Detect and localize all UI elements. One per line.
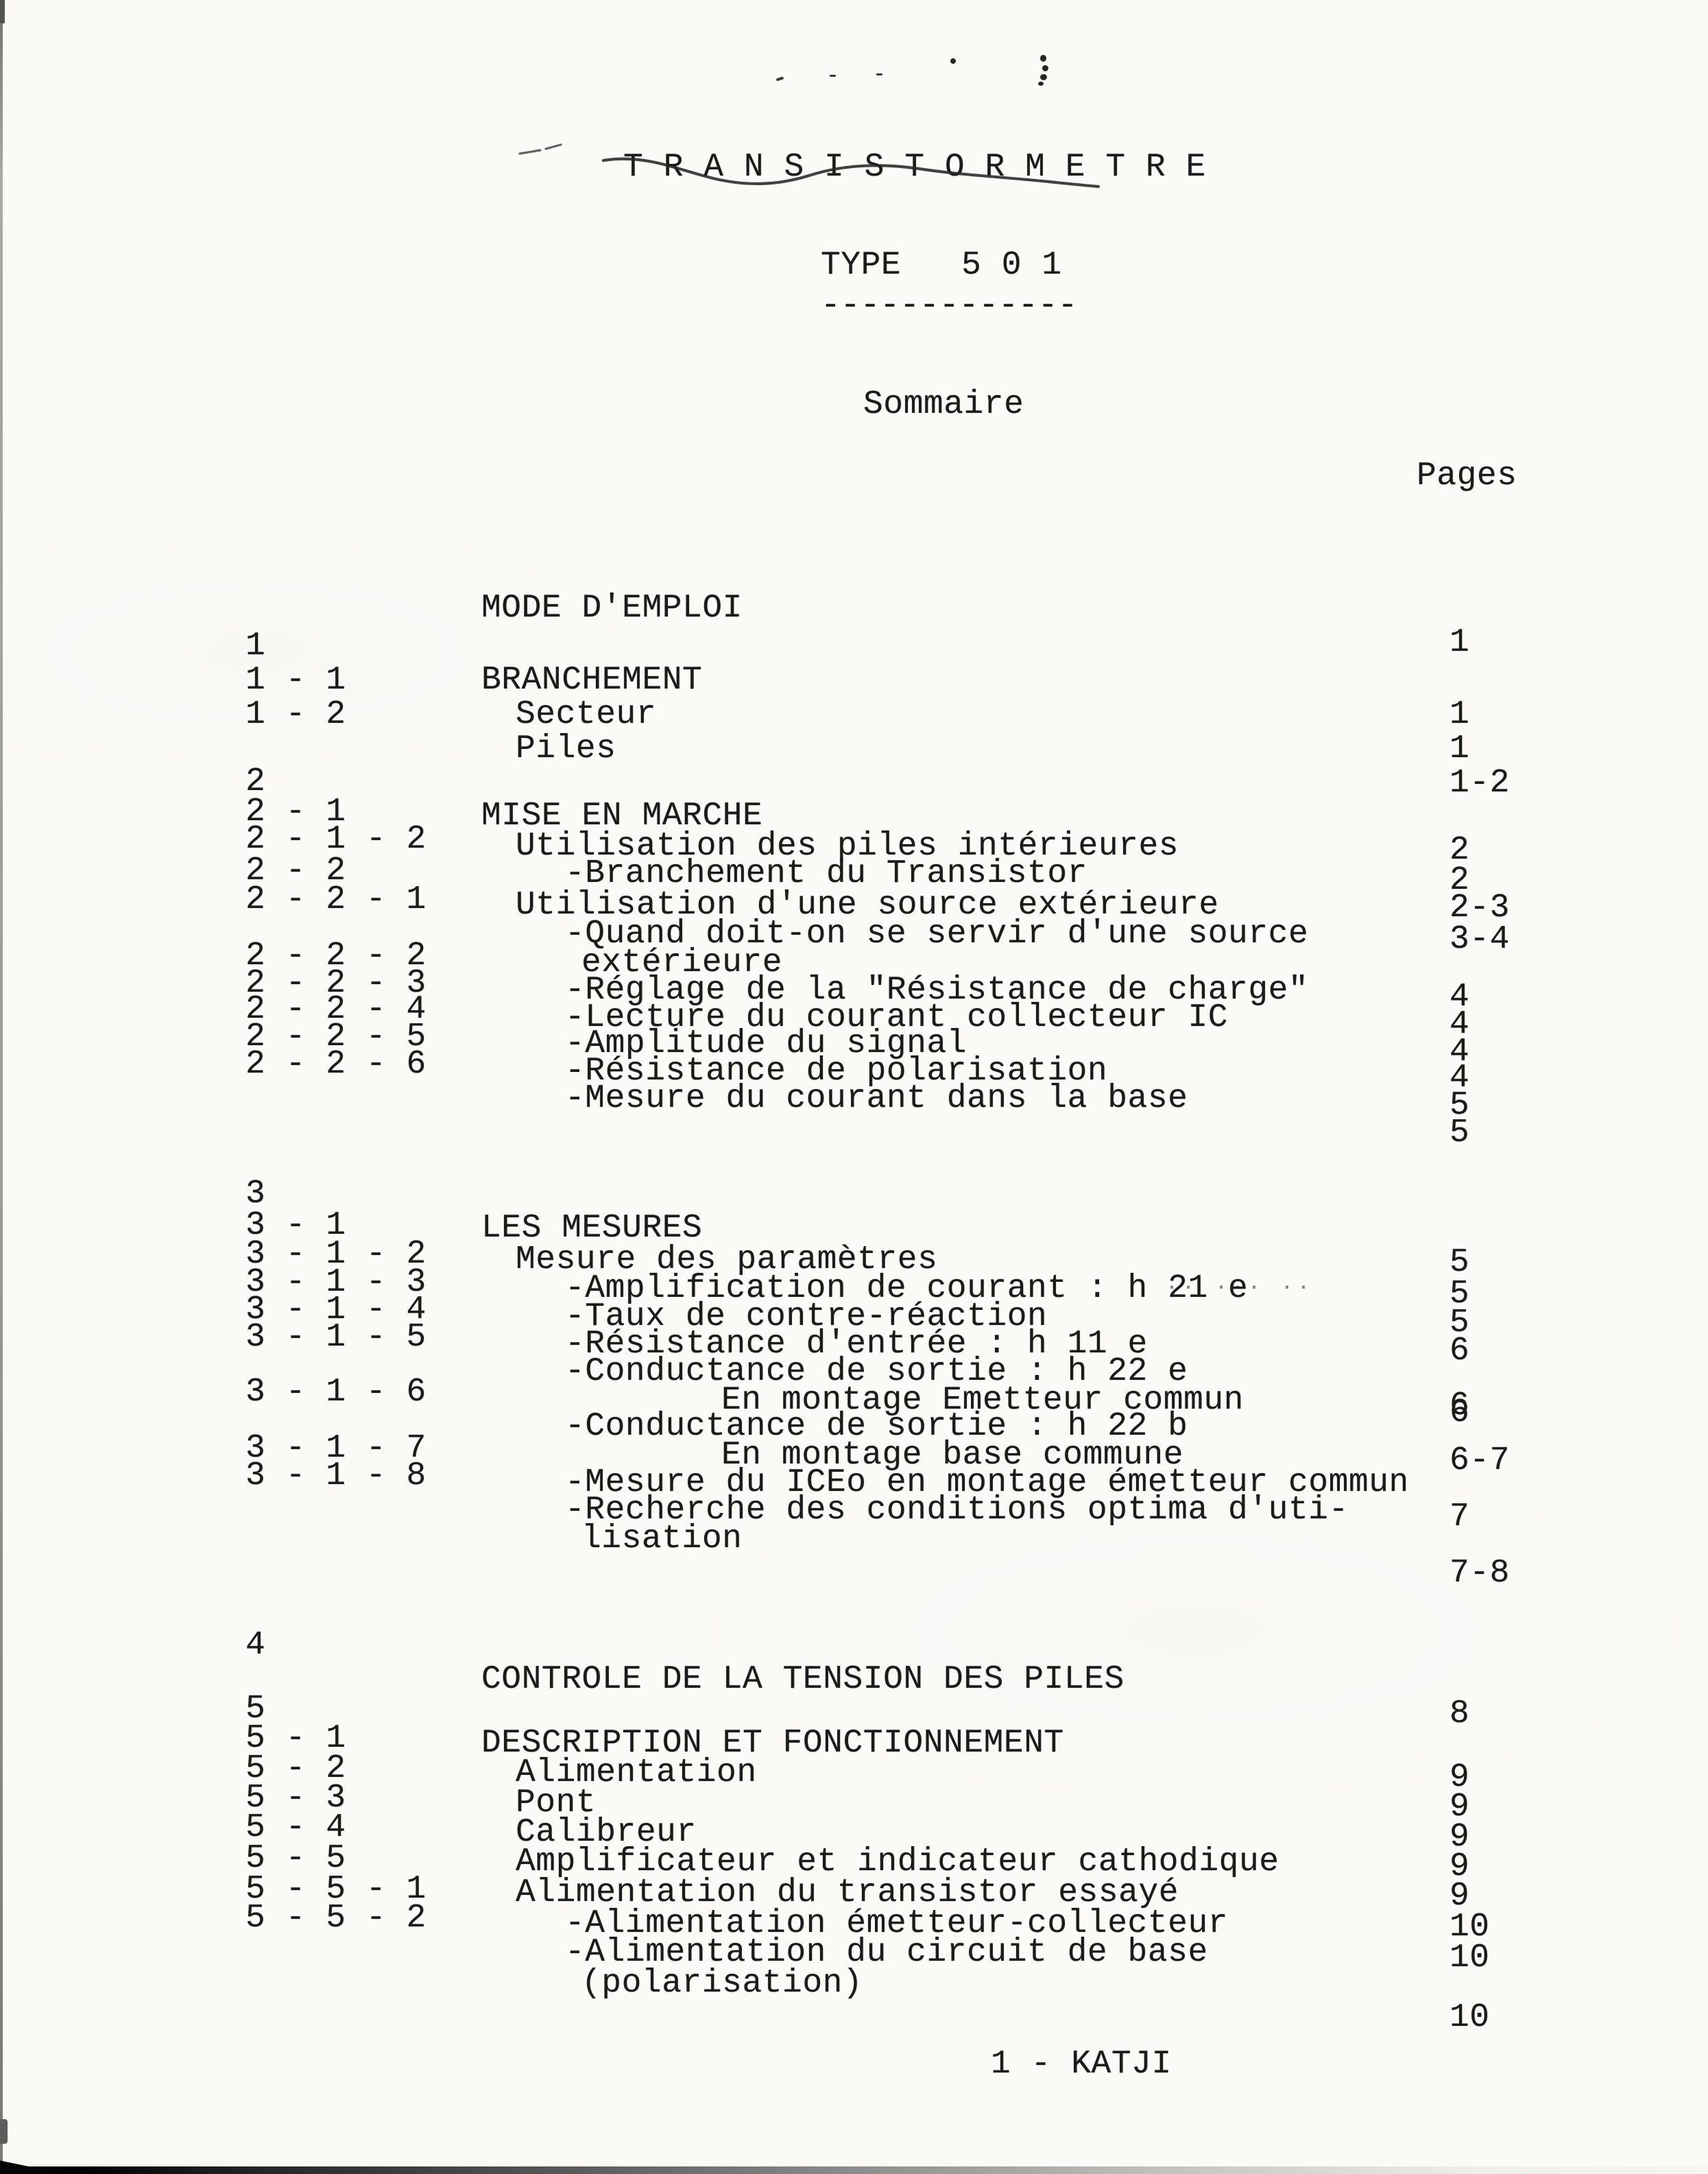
toc-row: 3 LES MESURES 5	[0, 1143, 1708, 1177]
toc-row: 5 - 1 Alimentation 9	[0, 1687, 1708, 1721]
toc-row: 1 - 1 Secteur 1	[0, 629, 1708, 663]
scan-edge-nub-artifact	[0, 2119, 8, 2144]
toc-row-title: Secteur	[516, 697, 656, 732]
toc-row: MODE D'EMPLOI 1	[0, 523, 1708, 557]
toc-row: 1 - 2 Piles 1-2	[0, 663, 1708, 697]
pen-strikethrough-mark	[507, 137, 1138, 213]
scan-corner-artifact	[0, 0, 5, 23]
toc-row-pages: 7-8	[1450, 1556, 1510, 1590]
toc-row: 5 - 5 Alimentation du transistor essayé …	[0, 1807, 1708, 1841]
ink-speck	[830, 75, 836, 77]
summary-heading: Sommaire	[863, 387, 1024, 422]
toc-row-number: 1 - 2	[245, 697, 346, 732]
toc-row-pages: 10	[1450, 1941, 1490, 1975]
ink-speck	[1040, 55, 1046, 62]
ink-speck	[1038, 82, 1044, 86]
toc-row: lisation 7-8	[0, 1453, 1708, 1488]
toc-row: 2 - 1 - 2 -Branchement du Transistor 2-3	[0, 788, 1708, 822]
toc-row: 5 - 4 Amplificateur et indicateur cathod…	[0, 1776, 1708, 1811]
toc-row-pages: 10	[1450, 2000, 1490, 2035]
toc-row: 1 BRANCHEMENT 1	[0, 595, 1708, 629]
scanned-document-page: T R A N S I S T O R M E T R E TYPE 5 0 1…	[0, 0, 1708, 2174]
toc-row: (polarisation) 10	[0, 1898, 1708, 1932]
type-underline: -------------	[821, 289, 1077, 323]
toc-row: 4 CONTROLE DE LA TENSION DES PILES 8	[0, 1594, 1708, 1628]
ink-speck	[1042, 65, 1048, 71]
toc-row: 5 - 5 - 2 -Alimentation du circuit de ba…	[0, 1867, 1708, 1901]
ink-speck	[950, 58, 956, 64]
toc-row: 2 - 2 - 6 -Mesure du courant dans la bas…	[0, 1013, 1708, 1047]
toc-row-title: (polarisation)	[581, 1966, 863, 2000]
pages-column-header: Pages	[1417, 459, 1517, 493]
ink-speck	[1040, 74, 1047, 80]
ink-speck	[776, 76, 784, 81]
toc-row: 2 MISE EN MARCHE 2	[0, 730, 1708, 765]
toc-row-title: lisation	[581, 1522, 742, 1556]
scan-bottom-edge-artifact	[0, 2166, 1708, 2174]
toc-row-pages: 7	[1450, 1500, 1469, 1534]
footer-reference: 1 - KATJI	[991, 2047, 1172, 2081]
ink-speck	[876, 73, 882, 75]
toc-row-pages: 1	[1450, 697, 1469, 732]
toc-row-title: -Mesure du courant dans la base	[565, 1082, 1188, 1116]
document-type-line: TYPE 5 0 1	[821, 248, 1062, 283]
toc-row-number: 2 - 2 - 6	[245, 1047, 426, 1082]
